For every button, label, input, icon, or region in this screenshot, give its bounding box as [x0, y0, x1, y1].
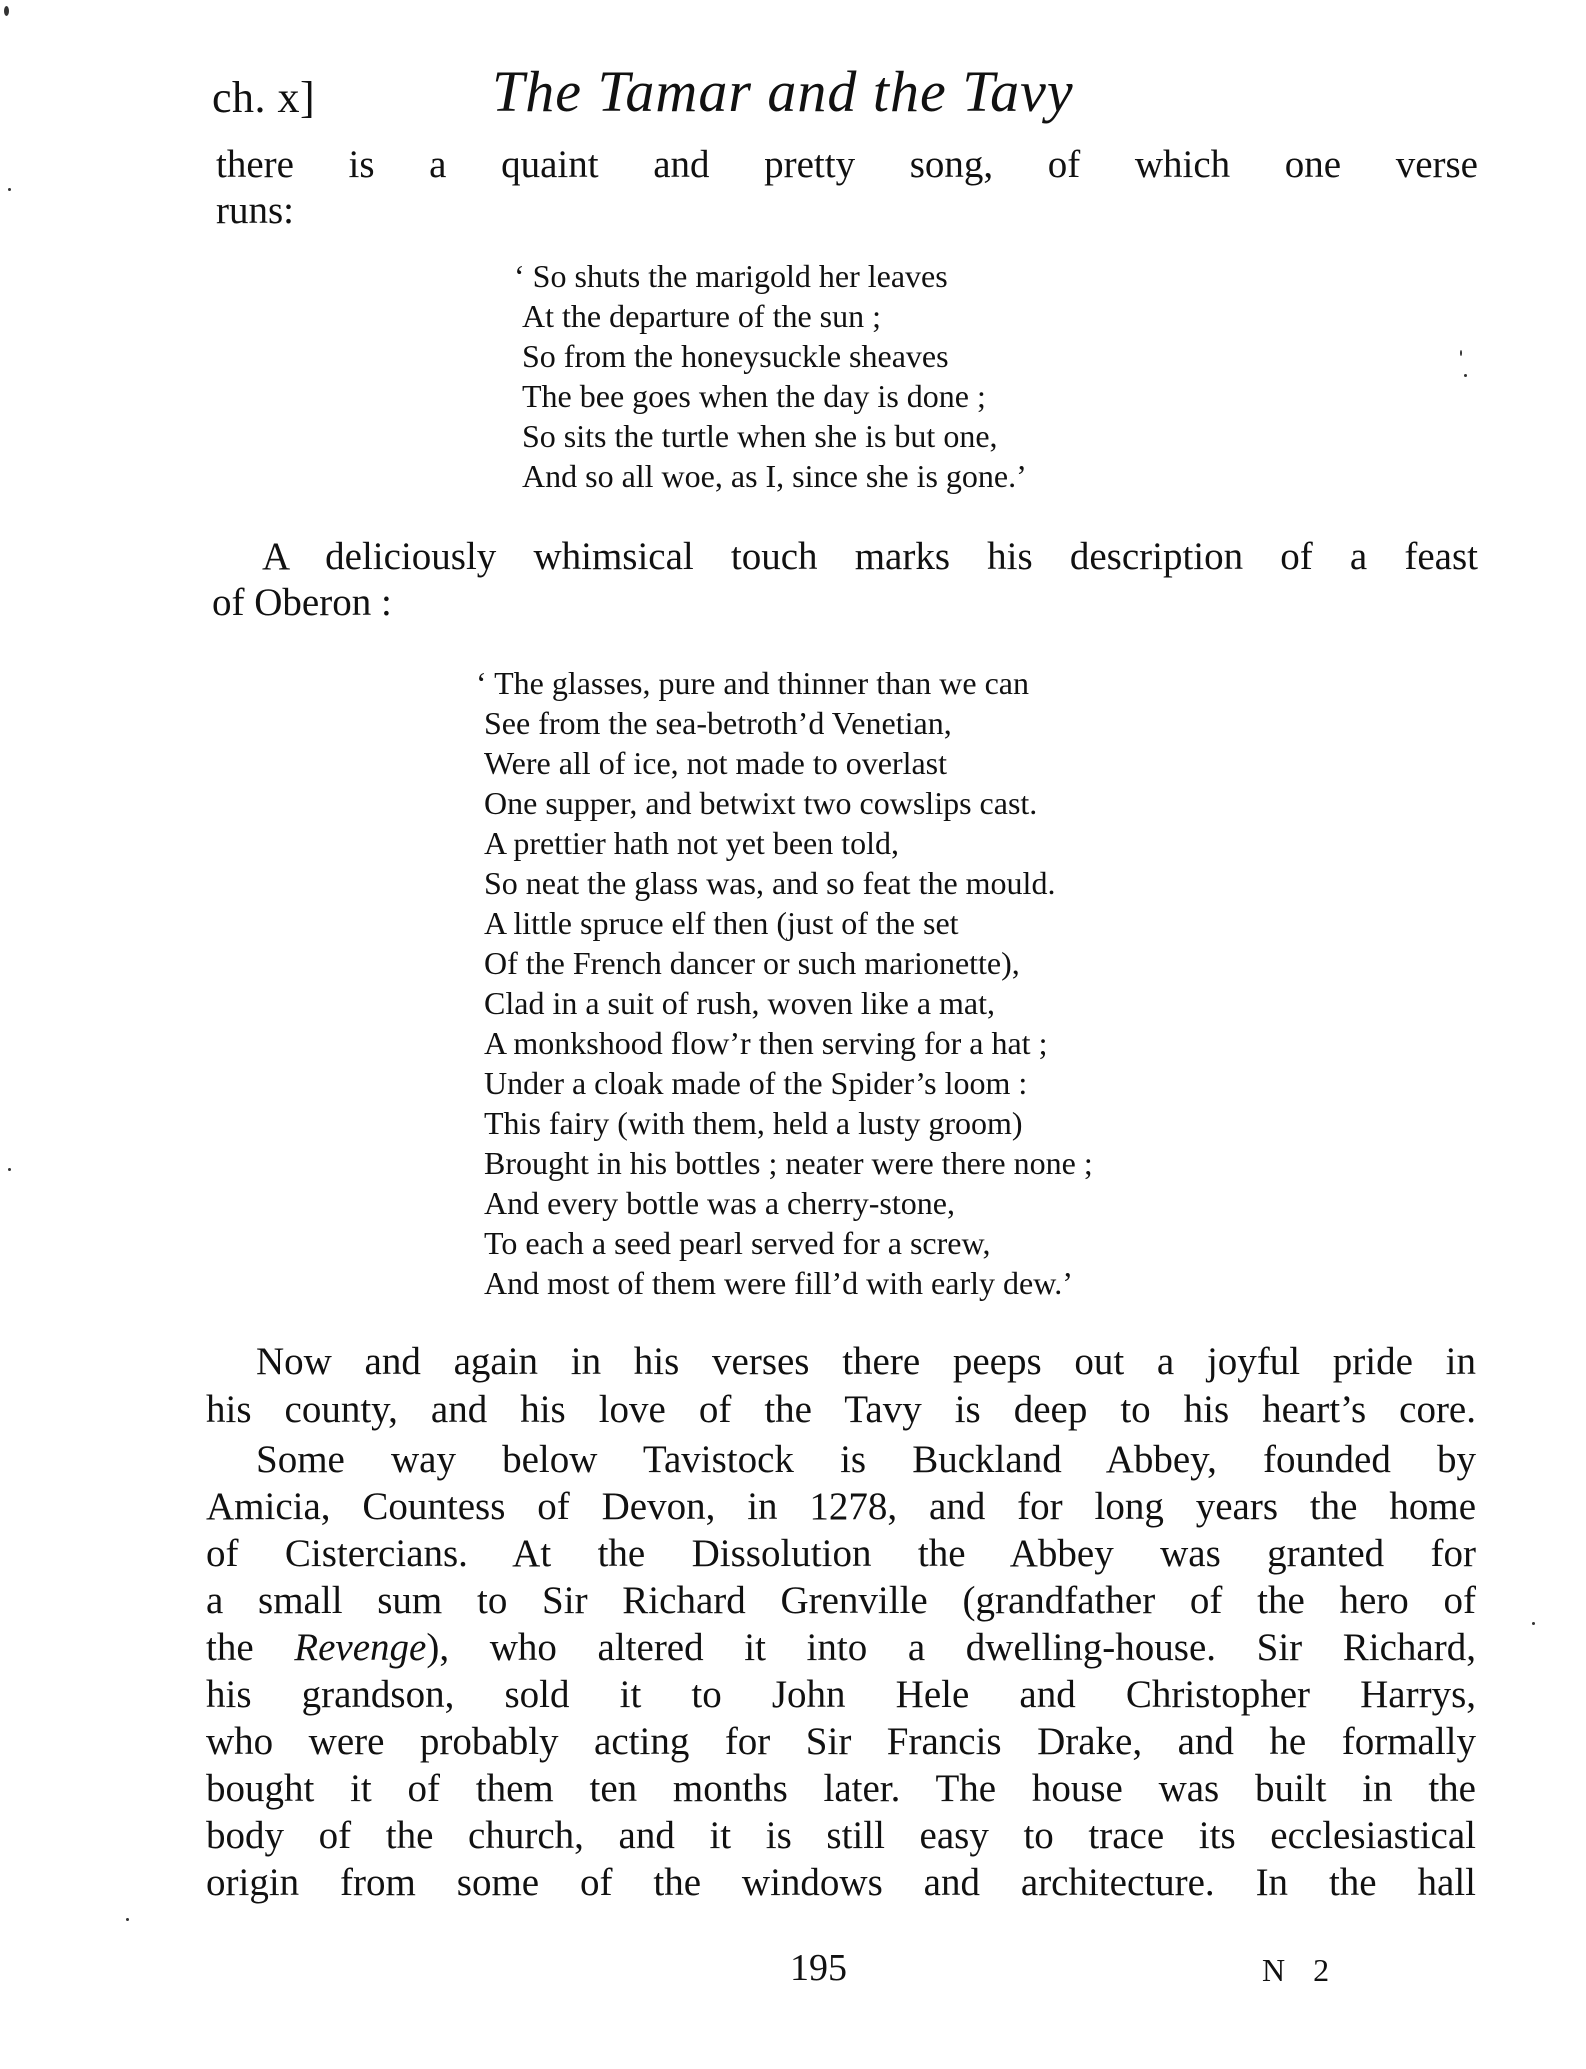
text-line: the Revenge), who altered it into a dwel… — [206, 1624, 1476, 1671]
verse-oberon-feast: ‘ The glasses, pure and thinner than we … — [476, 663, 1093, 1303]
verse-line: Under a cloak made of the Spider’s loom … — [476, 1063, 1093, 1103]
text-line: origin from some of the windows and arch… — [206, 1859, 1476, 1906]
verse-line: ‘ The glasses, pure and thinner than we … — [476, 663, 1093, 703]
verse-line: So neat the glass was, and so feat the m… — [476, 863, 1093, 903]
chapter-reference: ch. x] — [212, 72, 315, 123]
verse-line: So sits the turtle when she is but one, — [514, 416, 1027, 456]
text-line: bought it of them ten months later. The … — [206, 1765, 1476, 1812]
verse-line: ‘ So shuts the marigold her leaves — [514, 256, 1027, 296]
verse-line: Brought in his bottles ; neater were the… — [476, 1143, 1093, 1183]
scan-speck — [126, 1918, 129, 1921]
verse-line: A prettier hath not yet been told, — [476, 823, 1093, 863]
verse-line: See from the sea-betroth’d Venetian, — [476, 703, 1093, 743]
text-fragment: the — [206, 1626, 294, 1669]
paragraph-oberon-intro: A deliciously whimsical touch marks his … — [212, 534, 1478, 626]
scan-speck — [8, 1168, 11, 1171]
text-line: of Cistercians. At the Dissolution the A… — [206, 1530, 1476, 1577]
running-header: ch. x] The Tamar and the Tavy — [212, 58, 1512, 138]
verse-line: Were all of ice, not made to overlast — [476, 743, 1093, 783]
ship-name-revenge: Revenge — [294, 1626, 426, 1669]
signature-mark: N 2 — [1262, 1952, 1339, 1989]
text-line: Amicia, Countess of Devon, in 1278, and … — [206, 1483, 1476, 1530]
paragraph-county-pride: Now and again in his verses there peeps … — [206, 1338, 1476, 1434]
text-line: a small sum to Sir Richard Grenville (gr… — [206, 1577, 1476, 1624]
book-page: ch. x] The Tamar and the Tavy there is a… — [0, 0, 1586, 2069]
verse-line: At the departure of the sun ; — [514, 296, 1027, 336]
verse-line: A monkshood flow’r then serving for a ha… — [476, 1023, 1093, 1063]
text-line: A deliciously whimsical touch marks his … — [212, 534, 1478, 580]
text-fragment: ), who altered it into a dwelling-house.… — [426, 1626, 1476, 1669]
scan-speck — [1464, 374, 1467, 377]
text-line: of Oberon : — [212, 580, 1478, 626]
verse-marigold: ‘ So shuts the marigold her leaves At th… — [514, 256, 1027, 496]
verse-line: And every bottle was a cherry-stone, — [476, 1183, 1093, 1223]
text-line: runs: — [216, 188, 1478, 234]
text-line: his grandson, sold it to John Hele and C… — [206, 1671, 1476, 1718]
page-number: 195 — [790, 1946, 847, 1990]
verse-line: This fairy (with them, held a lusty groo… — [476, 1103, 1093, 1143]
text-line: Now and again in his verses there peeps … — [206, 1338, 1476, 1386]
scan-speck — [1460, 350, 1462, 356]
scan-speck — [4, 6, 9, 16]
verse-line: And most of them were fill’d with early … — [476, 1263, 1093, 1303]
verse-line: Clad in a suit of rush, woven like a mat… — [476, 983, 1093, 1023]
text-line: there is a quaint and pretty song, of wh… — [216, 142, 1478, 188]
text-line: Some way below Tavistock is Buckland Abb… — [206, 1436, 1476, 1483]
scan-speck — [8, 188, 11, 191]
text-line: his county, and his love of the Tavy is … — [206, 1386, 1476, 1434]
verse-line: So from the honeysuckle sheaves — [514, 336, 1027, 376]
scan-speck — [1532, 1622, 1535, 1625]
verse-line: A little spruce elf then (just of the se… — [476, 903, 1093, 943]
paragraph-song-intro: there is a quaint and pretty song, of wh… — [216, 142, 1478, 234]
verse-line: To each a seed pearl served for a screw, — [476, 1223, 1093, 1263]
text-line: body of the church, and it is still easy… — [206, 1812, 1476, 1859]
verse-line: Of the French dancer or such marionette)… — [476, 943, 1093, 983]
running-title: The Tamar and the Tavy — [492, 58, 1074, 125]
verse-line: And so all woe, as I, since she is gone.… — [514, 456, 1027, 496]
paragraph-buckland-abbey: Some way below Tavistock is Buckland Abb… — [206, 1436, 1476, 1906]
verse-line: One supper, and betwixt two cowslips cas… — [476, 783, 1093, 823]
verse-line: The bee goes when the day is done ; — [514, 376, 1027, 416]
text-line: who were probably acting for Sir Francis… — [206, 1718, 1476, 1765]
